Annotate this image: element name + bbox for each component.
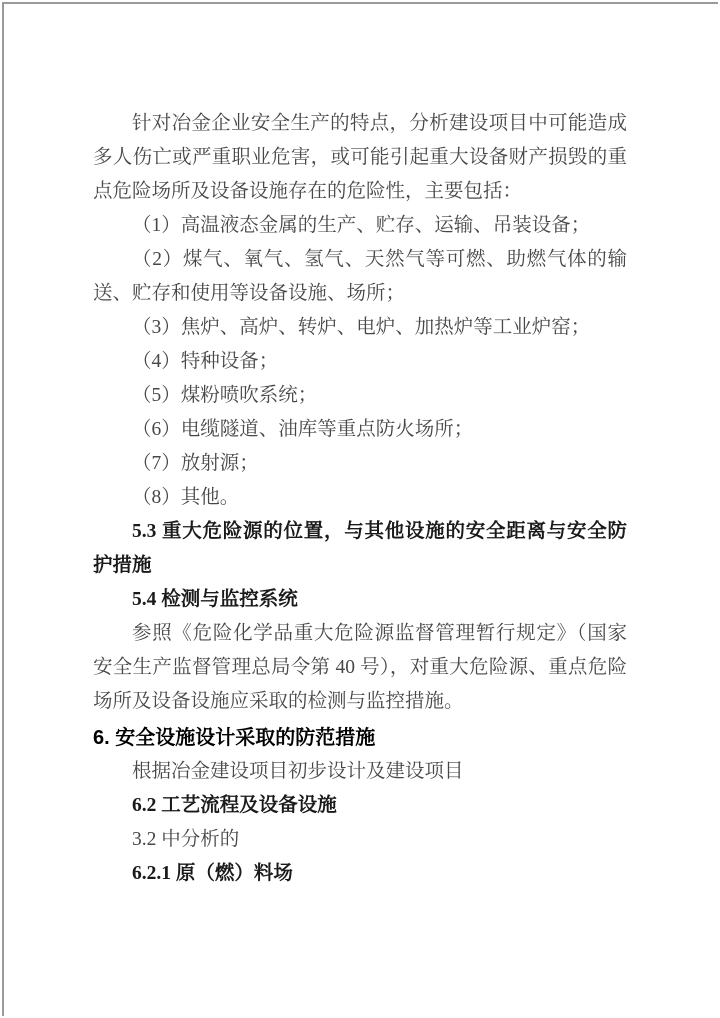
paragraph-design-basis: 根据冶金建设项目初步设计及建设项目 bbox=[93, 755, 627, 789]
paragraph-regulation-reference: 参照《危险化学品重大危险源监督管理暂行规定》（国家安全生产监督管理总局令第 40… bbox=[93, 617, 627, 719]
list-item-8: （8）其他。 bbox=[93, 481, 627, 515]
list-item-2: （2）煤气、氧气、氢气、天然气等可燃、助燃气体的输送、贮存和使用等设备设施、场所… bbox=[93, 243, 627, 311]
list-item-3: （3）焦炉、高炉、转炉、电炉、加热炉等工业炉窑； bbox=[93, 311, 627, 345]
document-page: 针对冶金企业安全生产的特点，分析建设项目中可能造成多人伤亡或严重职业危害，或可能… bbox=[2, 2, 718, 1016]
list-item-5: （5）煤粉喷吹系统； bbox=[93, 379, 627, 413]
section-heading-6-2-1: 6.2.1 原（燃）料场 bbox=[93, 857, 627, 891]
list-item-7: （7）放射源； bbox=[93, 447, 627, 481]
section-heading-5-3: 5.3 重大危险源的位置，与其他设施的安全距离与安全防护措施 bbox=[93, 515, 627, 583]
section-heading-5-4: 5.4 检测与监控系统 bbox=[93, 583, 627, 617]
list-item-1: （1）高温液态金属的生产、贮存、运输、吊装设备； bbox=[93, 209, 627, 243]
list-item-4: （4）特种设备； bbox=[93, 345, 627, 379]
section-heading-6-2: 6.2 工艺流程及设备设施 bbox=[93, 789, 627, 823]
chapter-heading-6: 6. 安全设施设计采取的防范措施 bbox=[93, 721, 627, 755]
paragraph-analysis-fragment: 3.2 中分析的 bbox=[93, 823, 627, 857]
list-item-6: （6）电缆隧道、油库等重点防火场所； bbox=[93, 413, 627, 447]
document-body: 针对冶金企业安全生产的特点，分析建设项目中可能造成多人伤亡或严重职业危害，或可能… bbox=[93, 107, 627, 891]
paragraph-hazard-overview: 针对冶金企业安全生产的特点，分析建设项目中可能造成多人伤亡或严重职业危害，或可能… bbox=[93, 107, 627, 209]
